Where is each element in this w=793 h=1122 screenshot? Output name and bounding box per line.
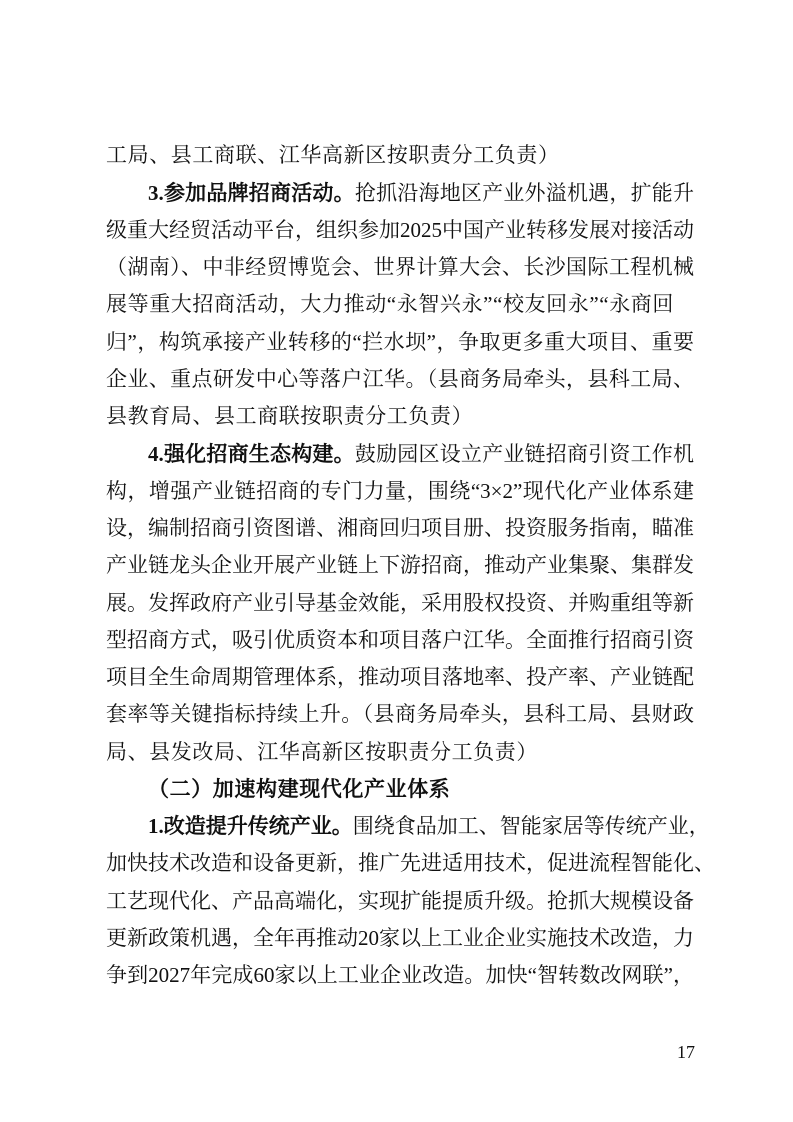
section-heading: （二）加速构建现代化产业体系 bbox=[148, 777, 450, 801]
text-line: 归”，构筑承接产业转移的“拦水坝”，争取更多重大项目、重要 bbox=[106, 324, 694, 361]
paragraph-start-line: 4.强化招商生态构建。鼓励园区设立产业链招商引资工作机 bbox=[106, 436, 694, 473]
line-text: 更新政策机遇，全年再推动20家以上工业企业实施技术改造，力 bbox=[106, 926, 694, 950]
text-line: 工局、县工商联、江华高新区按职责分工负责） bbox=[106, 137, 694, 174]
line-text: 争到2027年完成60家以上工业企业改造。加快“智转数改网联”， bbox=[106, 963, 694, 987]
text-line: 县教育局、县工商联按职责分工负责） bbox=[106, 398, 694, 435]
text-line: 展。发挥政府产业引导基金效能，采用股权投资、并购重组等新 bbox=[106, 585, 694, 622]
text-line: 项目全生命周期管理体系，推动项目落地率、投产率、产业链配 bbox=[106, 659, 694, 696]
page-number: 17 bbox=[677, 1040, 695, 1064]
line-text: 工艺现代化、产品高端化，实现扩能提质升级。抢抓大规模设备 bbox=[106, 889, 694, 913]
item-title: 3.参加品牌招商活动。 bbox=[148, 181, 355, 205]
text-line: 设，编制招商引资图谱、湘商回归项目册、投资服务指南，瞄准 bbox=[106, 510, 694, 547]
line-text: 加快技术改造和设备更新，推广先进适用技术，促进流程智能化、 bbox=[106, 851, 715, 875]
line-text: 设，编制招商引资图谱、湘商回归项目册、投资服务指南，瞄准 bbox=[106, 516, 694, 540]
document-page: 工局、县工商联、江华高新区按职责分工负责） 3.参加品牌招商活动。抢抓沿海地区产… bbox=[0, 0, 793, 1122]
line-text: 工局、县工商联、江华高新区按职责分工负责） bbox=[106, 143, 560, 167]
text-line: （湖南）、中非经贸博览会、世界计算大会、长沙国际工程机械 bbox=[106, 249, 694, 286]
body-text: 工局、县工商联、江华高新区按职责分工负责） 3.参加品牌招商活动。抢抓沿海地区产… bbox=[106, 137, 694, 994]
line-text: 项目全生命周期管理体系，推动项目落地率、投产率、产业链配 bbox=[106, 665, 694, 689]
text-line: 套率等关键指标持续上升。（县商务局牵头，县科工局、县财政 bbox=[106, 696, 694, 733]
text-line: 型招商方式，吸引优质资本和项目落户江华。全面推行招商引资 bbox=[106, 622, 694, 659]
line-text: 围绕食品加工、智能家居等传统产业， bbox=[353, 814, 710, 838]
text-line: 更新政策机遇，全年再推动20家以上工业企业实施技术改造，力 bbox=[106, 920, 694, 957]
text-line: 工艺现代化、产品高端化，实现扩能提质升级。抢抓大规模设备 bbox=[106, 883, 694, 920]
line-text: 套率等关键指标持续上升。（县商务局牵头，县科工局、县财政 bbox=[106, 702, 694, 726]
line-text: 型招商方式，吸引优质资本和项目落户江华。全面推行招商引资 bbox=[106, 628, 694, 652]
line-text: 局、县发改局、江华高新区按职责分工负责） bbox=[106, 740, 538, 764]
paragraph-start-line: 1.改造提升传统产业。围绕食品加工、智能家居等传统产业， bbox=[106, 808, 694, 845]
section-heading-line: （二）加速构建现代化产业体系 bbox=[106, 771, 694, 808]
text-line: 级重大经贸活动平台，组织参加2025中国产业转移发展对接活动 bbox=[106, 212, 694, 249]
item-title: 1.改造提升传统产业。 bbox=[148, 814, 353, 838]
line-text: 抢抓沿海地区产业外溢机遇，扩能升 bbox=[355, 181, 694, 205]
line-text: 企业、重点研发中心等落户江华。（县商务局牵头，县科工局、 bbox=[106, 367, 694, 391]
text-line: 展等重大招商活动，大力推动“永智兴永”“校友回永”“永商回 bbox=[106, 286, 694, 323]
line-text: 县教育局、县工商联按职责分工负责） bbox=[106, 404, 473, 428]
line-text: （湖南）、中非经贸博览会、世界计算大会、长沙国际工程机械 bbox=[106, 255, 694, 279]
text-line: 企业、重点研发中心等落户江华。（县商务局牵头，县科工局、 bbox=[106, 361, 694, 398]
text-line: 构，增强产业链招商的专门力量，围绕“3×2”现代化产业体系建 bbox=[106, 473, 694, 510]
text-line: 产业链龙头企业开展产业链上下游招商，推动产业集聚、集群发 bbox=[106, 547, 694, 584]
line-text: 构，增强产业链招商的专门力量，围绕“3×2”现代化产业体系建 bbox=[106, 479, 694, 503]
line-text: 产业链龙头企业开展产业链上下游招商，推动产业集聚、集群发 bbox=[106, 553, 694, 577]
text-line: 争到2027年完成60家以上工业企业改造。加快“智转数改网联”， bbox=[106, 957, 694, 994]
text-line: 局、县发改局、江华高新区按职责分工负责） bbox=[106, 734, 694, 771]
item-title: 4.强化招商生态构建。 bbox=[148, 442, 355, 466]
line-text: 展等重大招商活动，大力推动“永智兴永”“校友回永”“永商回 bbox=[106, 292, 674, 316]
line-text: 鼓励园区设立产业链招商引资工作机 bbox=[355, 442, 694, 466]
line-text: 展。发挥政府产业引导基金效能，采用股权投资、并购重组等新 bbox=[106, 591, 694, 615]
line-text: 级重大经贸活动平台，组织参加2025中国产业转移发展对接活动 bbox=[106, 218, 694, 242]
line-text: 归”，构筑承接产业转移的“拦水坝”，争取更多重大项目、重要 bbox=[106, 330, 694, 354]
text-line: 加快技术改造和设备更新，推广先进适用技术，促进流程智能化、 bbox=[106, 845, 694, 882]
paragraph-start-line: 3.参加品牌招商活动。抢抓沿海地区产业外溢机遇，扩能升 bbox=[106, 175, 694, 212]
